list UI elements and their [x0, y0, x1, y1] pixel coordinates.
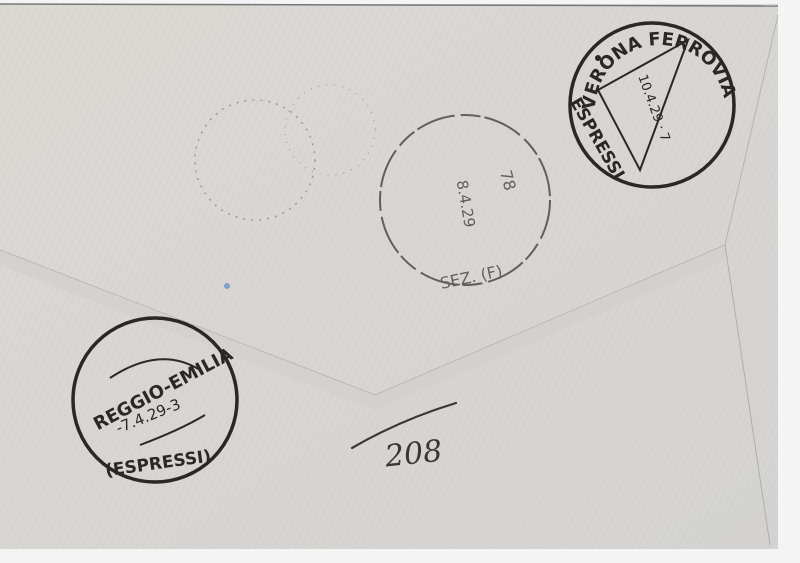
envelope-scan: VERONA FERROVIA ESPRESSI 10.4.29 · 7 78 …: [0, 0, 800, 563]
handwritten-text: 208: [382, 434, 444, 475]
